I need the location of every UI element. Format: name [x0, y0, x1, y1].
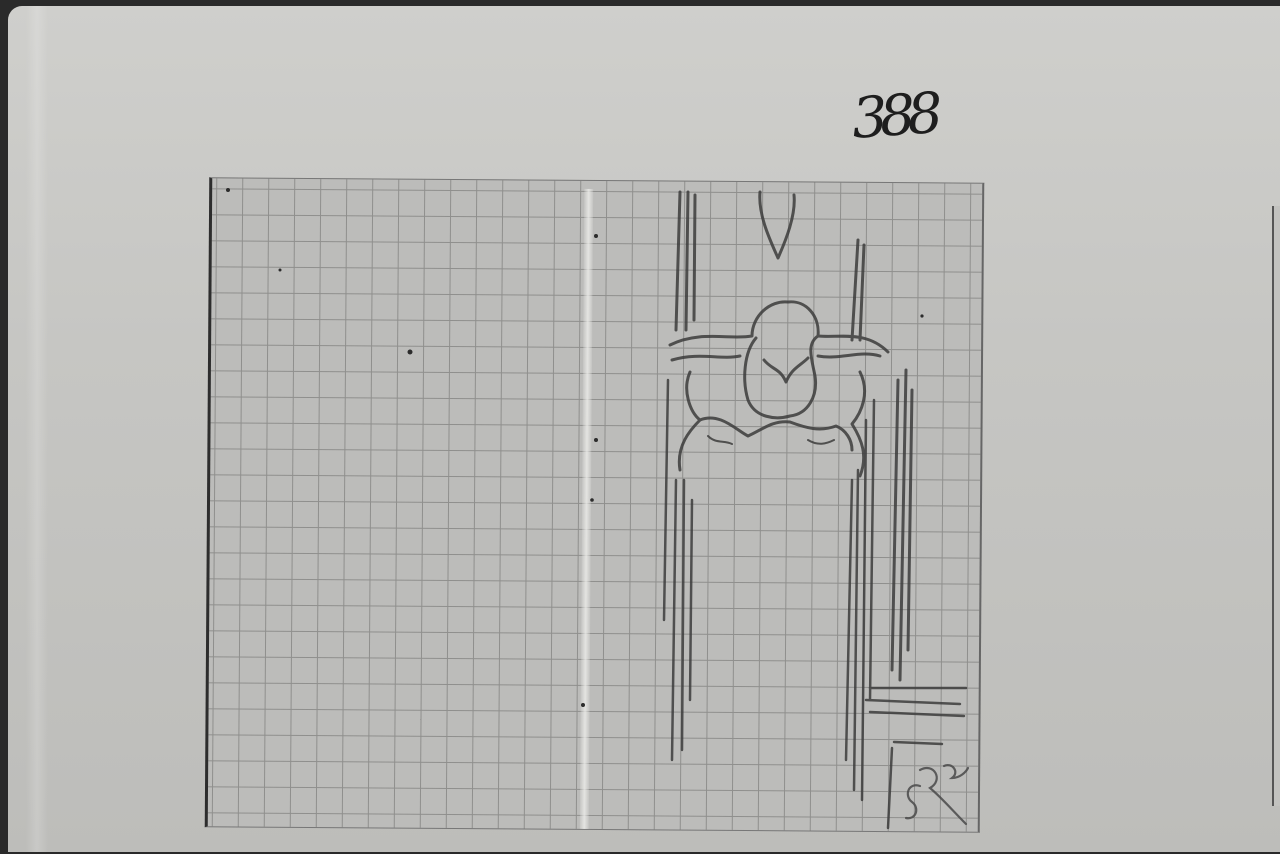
artist-initials: [906, 765, 968, 824]
top-ornament: [760, 192, 794, 258]
pencil-sketch: [0, 0, 1280, 854]
left-pilaster: [664, 192, 695, 760]
paper-specks: [226, 188, 924, 707]
cartouche: [670, 302, 888, 476]
right-pilaster: [846, 240, 912, 800]
